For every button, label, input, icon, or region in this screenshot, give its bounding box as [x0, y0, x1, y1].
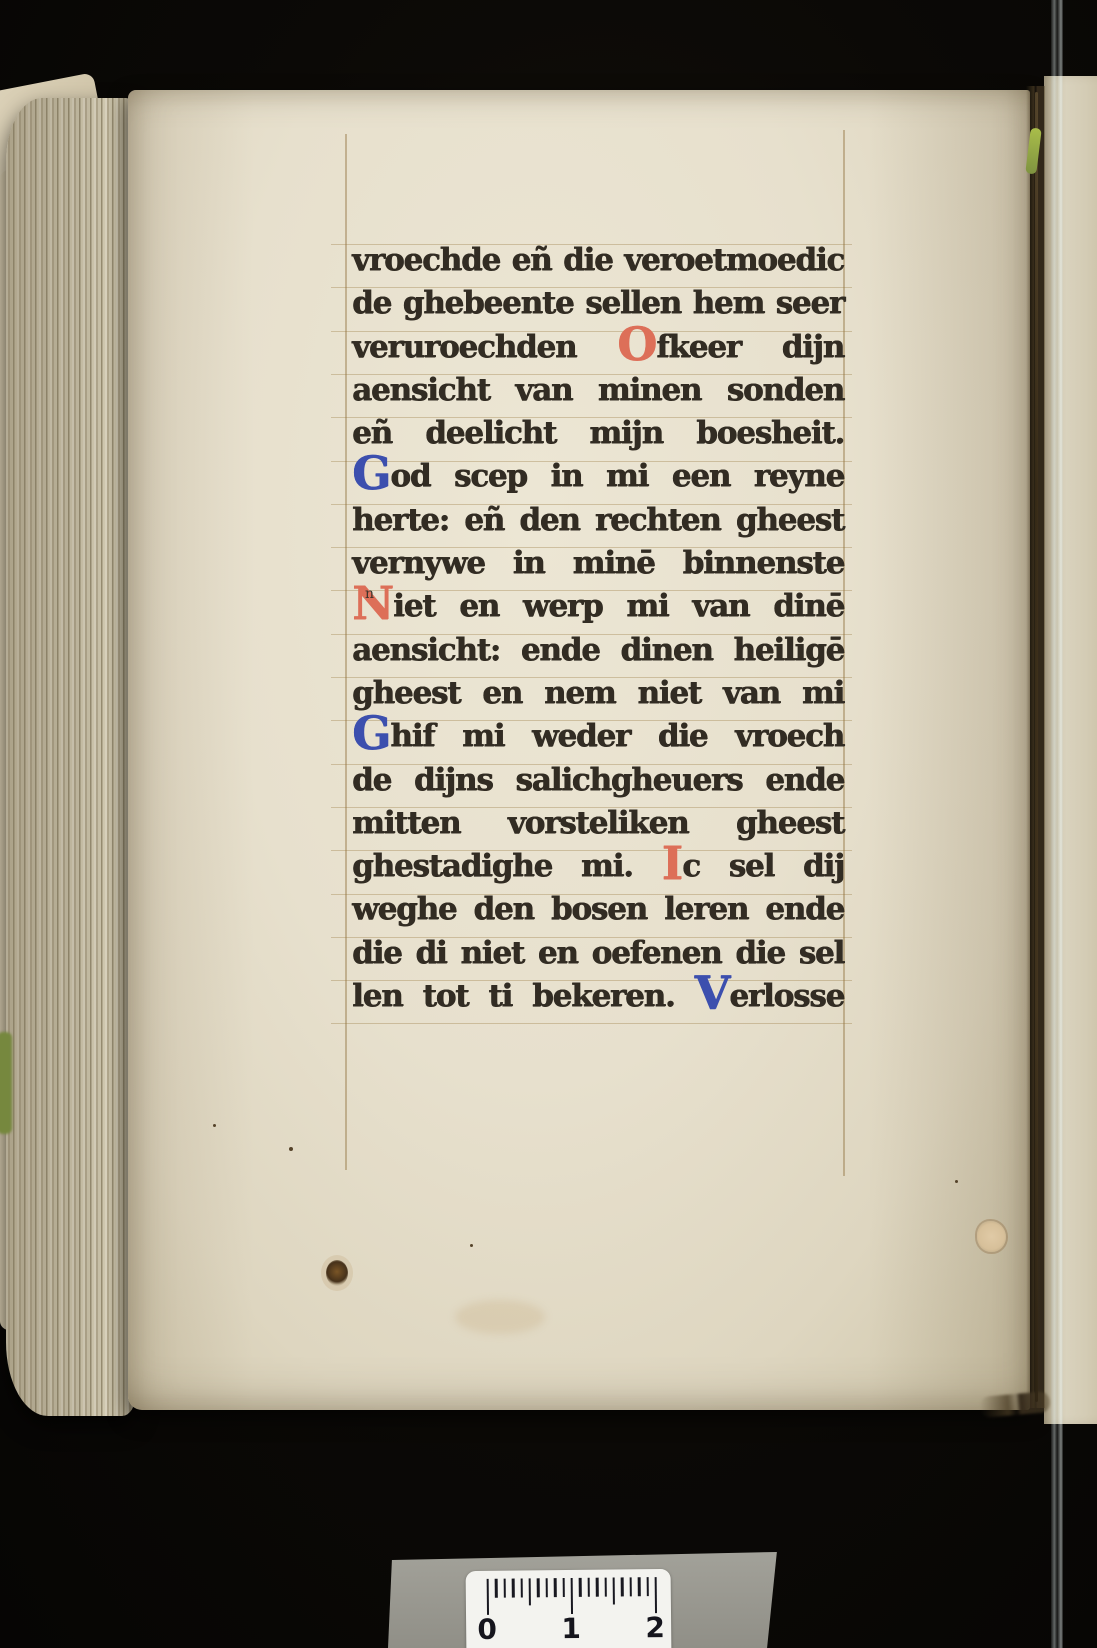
page-smudge: [455, 1300, 545, 1334]
manuscript-line: veruroechden Ofkeer dijn: [352, 327, 844, 370]
text-segment: ghestadighe mi.: [352, 848, 662, 884]
text-segment: iet en werp mi van dinē: [393, 588, 844, 624]
ruler-tick: [587, 1578, 590, 1597]
text-segment: herte: eñ den rechten gheest: [352, 502, 844, 538]
manuscript-line: de ghebeente sellen hem seer: [352, 283, 844, 326]
manuscript-line: herte: eñ den rechten gheest: [352, 500, 844, 543]
text-segment: mitten vorsteliken gheest: [352, 805, 844, 841]
text-segment: de ghebeente sellen hem seer: [352, 285, 844, 321]
ruler-tick: [638, 1577, 641, 1596]
illuminated-initial: G: [352, 706, 390, 760]
manuscript-line: vernywe in minē binnenste: [352, 543, 844, 586]
ruler-tick: [537, 1578, 540, 1597]
ink-speck: [289, 1147, 293, 1151]
manuscript-line: God scep in mi een reyne: [352, 456, 844, 499]
manuscript-line: aensicht van minen sonden: [352, 370, 844, 413]
ruler-tick: [646, 1577, 649, 1596]
ruler-tick: [512, 1579, 515, 1598]
green-velvet-fragment: [0, 1032, 12, 1134]
manuscript-line: mitten vorsteliken gheest: [352, 803, 844, 846]
ruler-tick: [571, 1578, 574, 1614]
ruler-tick: [613, 1578, 616, 1605]
manuscript-line: aensicht: ende dinen heiligē: [352, 630, 844, 673]
guide-letter: n: [365, 580, 374, 608]
ruler-tick: [596, 1578, 599, 1597]
ruler-tick: [545, 1578, 548, 1597]
text-segment: gheest en nem niet van mi: [352, 675, 844, 711]
text-segment: fkeer dijn: [656, 329, 844, 365]
text-segment: veruroechden: [352, 329, 617, 365]
text-segment: erlosse: [729, 978, 844, 1014]
manuscript-line: Nniet en werp mi van dinē: [352, 586, 844, 629]
ruler-tick: [503, 1579, 506, 1598]
ruler-tick: [655, 1577, 658, 1613]
ink-speck: [213, 1124, 216, 1127]
manuscript-line: die di niet en oefenen die sel: [352, 933, 844, 976]
manuscript-line: vroechde eñ die veroetmoedic: [352, 240, 844, 283]
manuscript-line: ghestadighe mi. Ic sel dij: [352, 846, 844, 889]
fore-edge-page-stack: [6, 98, 136, 1416]
manuscript-line: eñ deelicht mijn boesheit.: [352, 413, 844, 456]
text-segment: vernywe in minē binnenste: [352, 545, 844, 581]
illuminated-initial: O: [617, 317, 656, 371]
text-segment: aensicht: ende dinen heiligē: [352, 632, 844, 668]
text-segment: od scep in mi een reyne: [390, 458, 844, 494]
illuminated-initial: I: [662, 836, 683, 890]
ruling-line-horizontal: [331, 1023, 852, 1024]
plexiglass-strip: [1051, 0, 1063, 1648]
ruler-tick: [554, 1578, 557, 1597]
ruler-number: 1: [551, 1612, 591, 1645]
ruler-tick: [579, 1578, 582, 1597]
text-segment: de dijns salichgheuers ende: [352, 762, 844, 798]
repair-spot: [977, 1221, 1006, 1252]
wormhole-stain: [326, 1260, 348, 1286]
ink-speck: [470, 1244, 473, 1247]
illuminated-initial: G: [352, 446, 390, 500]
text-segment: len tot ti bekeren.: [352, 978, 695, 1014]
illuminated-initial: V: [695, 966, 730, 1020]
manuscript-text-block: vroechde eñ die veroetmoedicde ghebeente…: [352, 240, 844, 1019]
ruler-tick: [604, 1578, 607, 1597]
text-segment: eñ deelicht mijn boesheit.: [352, 415, 844, 451]
ruler-tick: [495, 1579, 498, 1598]
manuscript-line: de dijns salichgheuers ende: [352, 760, 844, 803]
ruler-number: 0: [467, 1613, 507, 1646]
text-segment: hif mi weder die vroech: [390, 718, 844, 754]
manuscript-line: weghe den bosen leren ende: [352, 889, 844, 932]
text-segment: c sel dij: [682, 848, 844, 884]
ruler-tick: [562, 1578, 565, 1597]
ruler: 0 1 2: [466, 1569, 672, 1648]
ruler-tick: [529, 1578, 532, 1605]
illuminated-initial: Nn: [352, 576, 393, 630]
ruler-tick: [487, 1579, 490, 1615]
text-segment: die di niet en oefenen die sel: [352, 935, 844, 971]
ruler-numbers: 0 1 2: [466, 1611, 671, 1647]
ruling-line-vertical-left: [345, 134, 347, 1170]
manuscript-line: gheest en nem niet van mi: [352, 673, 844, 716]
ruler-tick: [621, 1577, 624, 1596]
ruler-number: 2: [635, 1611, 675, 1644]
manuscript-line: Ghif mi weder die vroech: [352, 716, 844, 759]
manuscript-line: len tot ti bekeren. Verlosse: [352, 976, 844, 1019]
text-segment: weghe den bosen leren ende: [352, 891, 844, 927]
ruler-tick: [520, 1578, 523, 1597]
text-segment: aensicht van minen sonden: [352, 372, 844, 408]
text-segment: vroechde eñ die veroetmoedic: [352, 242, 844, 278]
photo-scene: vroechde eñ die veroetmoedicde ghebeente…: [0, 0, 1097, 1648]
gutter-seam: [1035, 92, 1038, 1402]
ruler-tick: [629, 1577, 632, 1596]
ink-speck: [955, 1180, 958, 1183]
